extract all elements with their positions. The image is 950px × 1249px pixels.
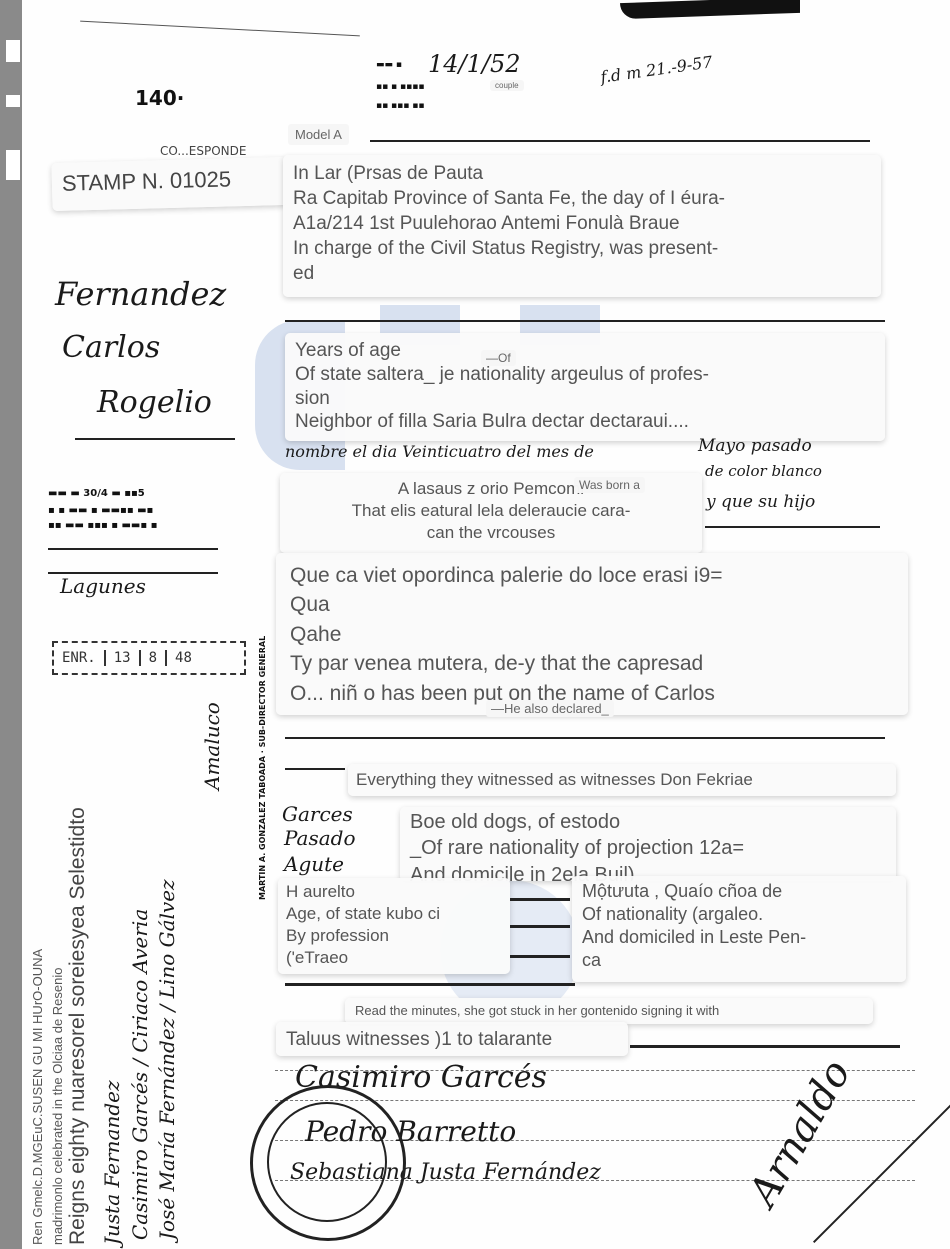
- header-printed-label: ▬▬ ▪: [376, 60, 402, 70]
- registry-box: ENR. 13 8 48: [52, 641, 246, 675]
- age-line: sion: [295, 387, 875, 411]
- handwritten-right-2: de color blanco: [705, 462, 822, 480]
- surname-handwritten: Fernandez: [55, 275, 226, 313]
- handwritten-right-1: Mayo pasado: [698, 436, 812, 456]
- age-line: Neighbor of filla Saria Bulra dectar dec…: [295, 410, 875, 434]
- closing-text: Taluus witnesses )1 to talarante: [286, 1027, 618, 1052]
- witness1-translation: Boe old dogs, of estodo _Of rare nationa…: [400, 807, 896, 881]
- header-line: Ra Capitab Province of Santa Fe, the day…: [293, 186, 871, 211]
- line-rule: [510, 955, 570, 958]
- also-declared-chip: —He also declared_: [486, 700, 614, 717]
- official-stamp-text: MARTIN A. GONZALEZ TABOADA · SUB-DIRECTO…: [258, 636, 267, 900]
- stamp-number-text: STAMP N. 01025: [62, 163, 278, 198]
- registry-number: 13: [106, 650, 141, 666]
- witness2-right-translation: Mộtưuta , Quaío cñoa de Of nationality (…: [572, 876, 906, 982]
- margin-hand-1: Justa Fernandez: [100, 1080, 124, 1245]
- closing-overlay: Taluus witnesses )1 to talarante: [276, 1022, 628, 1056]
- couple-chip: couple: [490, 80, 524, 91]
- witness2-right-line: Of nationality (argaleo.: [582, 903, 896, 926]
- header-translation: In Lar (Prsas de Pauta Ra Capitab Provin…: [283, 155, 881, 297]
- name-line: Qua: [290, 590, 894, 619]
- margin-underline: [48, 548, 218, 550]
- stamp-number-overlay: STAMP N. 01025: [51, 157, 287, 211]
- witnesses-overlay: Everything they witnessed as witnesses D…: [348, 764, 896, 796]
- name-translation: Que ca viet opordinca palerie do loce er…: [276, 553, 908, 715]
- name-line: Ty par venea mutera, de-y that the capre…: [290, 649, 894, 678]
- scan-notch: [6, 40, 20, 62]
- line-rule: [285, 320, 885, 322]
- line-rule: [285, 768, 345, 770]
- age-line: Years of age: [295, 339, 875, 363]
- margin-printed: ▪ ▪ ▬▬ ▪ ▬▬▪▪ ▬▪: [48, 505, 153, 516]
- model-label: Model A: [288, 124, 349, 145]
- page-number: 140·: [135, 86, 184, 110]
- scan-notch: [6, 95, 20, 107]
- witness2-left-line: Age, of state kubo ci: [286, 903, 502, 925]
- middlename-handwritten: Rogelio: [97, 385, 212, 420]
- witness2-right-line: ca: [582, 949, 896, 972]
- margin-small-text-2: madrimonlo celebrated in the Olciaa de R…: [50, 968, 65, 1246]
- read-minutes-text: Read the minutes, she got stuck in her g…: [355, 1002, 863, 1019]
- witnesses-text: Everything they witnessed as witnesses D…: [356, 769, 888, 791]
- witness2-right-line: And domiciled in Leste Pen-: [582, 926, 896, 949]
- witness-hand-1: Garces: [282, 802, 353, 826]
- name-line: Qahe: [290, 620, 894, 649]
- witness2-left-translation: H aurelto Age, of state kubo ci By profe…: [278, 878, 510, 974]
- witness2-right-line: Mộtưuta , Quaío cñoa de: [582, 880, 896, 903]
- born-line: can the vrcouses: [288, 522, 694, 544]
- line-rule: [285, 737, 885, 739]
- margin-printed: ▬▬ ▬ 30/4 ▬ ▪▪5: [48, 488, 145, 499]
- margin-hand-3: José María Fernández / Lino Gálvez: [155, 879, 179, 1240]
- header-line: In Lar (Prsas de Pauta: [293, 161, 871, 186]
- witness-hand-3: Agute: [284, 852, 344, 876]
- margin-small-text-1: Ren Gmelc.D.MGEuC.SUSEN GU MI HUrO-OUNA: [30, 949, 45, 1245]
- witness1-line: _Of rare nationality of projection 12a=: [410, 835, 886, 861]
- read-minutes-overlay: Read the minutes, she got stuck in her g…: [345, 998, 873, 1024]
- witness-hand-2: Pasado: [284, 826, 356, 850]
- firstname-handwritten: Carlos: [62, 330, 160, 365]
- handwritten-right-3: y que su hijo: [706, 492, 815, 512]
- age-translation: Years of age Of state saltera_ je nation…: [285, 333, 885, 441]
- line-rule: [285, 983, 575, 986]
- margin-hand-signature: Amaluco: [200, 702, 224, 790]
- witness2-left-line: H aurelto: [286, 881, 502, 903]
- header-line: A1a/214 1st Puulehorao Antemi Fonulà Bra…: [293, 211, 871, 236]
- registry-number: 8: [141, 650, 167, 666]
- margin-printed: ▪▪ ▬▬ ▪▪▪ ▪ ▬▬▪ ▪: [48, 520, 157, 531]
- line-rule: [510, 898, 570, 901]
- handwritten-date-line: nombre el dia Veinticuatro del mes de: [285, 442, 594, 461]
- names-underline: [75, 438, 235, 440]
- margin-large-text: Reigns eighty nuaresorel soreiesyea Sele…: [66, 807, 90, 1245]
- registry-seal-inner: [267, 1102, 387, 1222]
- header-date: 14/1/52: [428, 50, 521, 78]
- of-chip: —Of: [481, 350, 516, 366]
- header-line: In charge of the Civil Status Registry, …: [293, 236, 871, 261]
- header-underline: [370, 140, 870, 142]
- registry-number: 48: [167, 650, 200, 666]
- right-underline: [705, 526, 880, 528]
- margin-signature: Lagunes: [60, 574, 146, 598]
- line-rule: [510, 925, 570, 928]
- line-rule: [630, 1045, 900, 1048]
- was-born-chip: Was born a: [574, 477, 645, 493]
- name-line: Que ca viet opordinca palerie do loce er…: [290, 561, 894, 590]
- header-printed-label: ▪▪ ▪ ▪▪▪▪: [376, 82, 424, 92]
- header-printed-label: ▪▪ ▪▪▪ ▪▪: [376, 101, 424, 111]
- margin-hand-2: Casimiro Garcés / Ciriaco Averia: [128, 909, 152, 1240]
- corresponde-label: CO...ESPONDE: [160, 144, 246, 158]
- witness2-left-line: ('eTraeo: [286, 947, 502, 969]
- header-line: ed: [293, 261, 871, 286]
- witness1-line: Boe old dogs, of estodo: [410, 809, 886, 835]
- registry-label: ENR.: [54, 650, 106, 666]
- age-line: Of state saltera_ je nationality argeulu…: [295, 363, 875, 387]
- born-line: That elis eatural lela deleraucie cara-: [288, 500, 694, 522]
- scan-notch: [6, 150, 20, 180]
- witness2-left-line: By profession: [286, 925, 502, 947]
- scan-edge: [0, 0, 22, 1249]
- registry-seal: [250, 1085, 406, 1241]
